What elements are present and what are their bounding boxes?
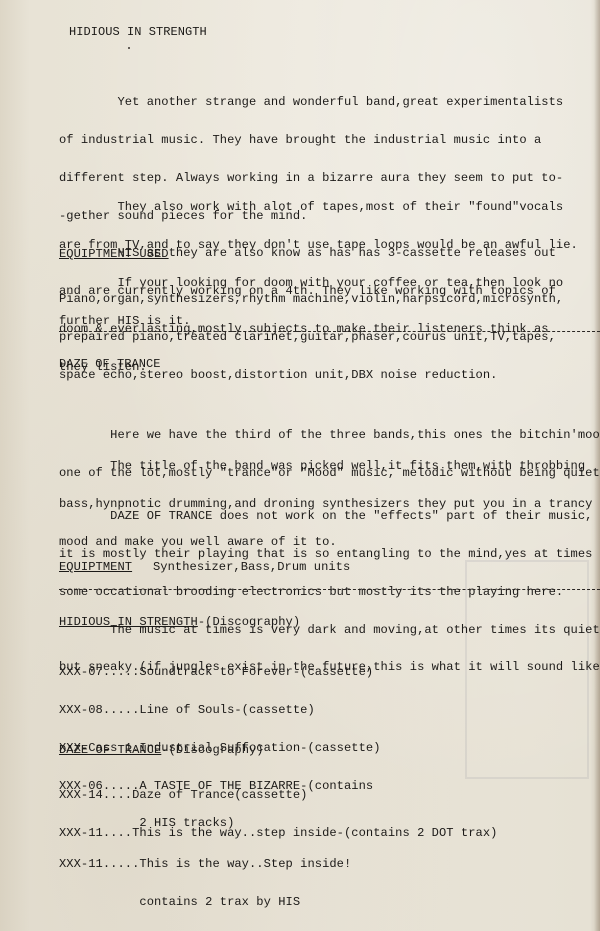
dot-discography-heading: DAZE OF TRANCE-(Discography) bbox=[59, 744, 264, 757]
section-title-his: HIDIOUS IN STRENGTH bbox=[69, 26, 207, 39]
section-title-dot: DAZE OF TRANCE bbox=[59, 358, 161, 371]
text-line: They also work with alot of tapes,most o… bbox=[59, 201, 578, 214]
zine-page: HIDIOUS IN STRENGTH Yet another strange … bbox=[0, 0, 600, 931]
text-line: Piano,organ,synthesizers,rhythm machine,… bbox=[59, 293, 563, 306]
text-line: The title of the band was picked well,it… bbox=[59, 460, 592, 473]
discography-entry: XXX-08.....Line of Souls-(cassette) bbox=[59, 704, 381, 717]
text-line: DAZE OF TRANCE does not work on the "eff… bbox=[59, 510, 600, 523]
divider-2 bbox=[59, 589, 600, 590]
discography-entry: XXX-14....Daze of Trance(cassette) bbox=[59, 789, 497, 802]
dot-discography-band: DAZE OF TRANCE bbox=[59, 743, 161, 757]
text-line: prepaired piano,treated clarinet,guitar,… bbox=[59, 331, 563, 344]
ink-speck bbox=[128, 47, 130, 49]
dot-discography-list: XXX-14....Daze of Trance(cassette) XXX-1… bbox=[59, 764, 497, 865]
text-line: it is mostly their playing that is so en… bbox=[59, 548, 600, 561]
text-line: of industrial music. They have brought t… bbox=[59, 134, 563, 147]
discography-entry: XXX-07.....Soundtrack to Forever-(casset… bbox=[59, 666, 381, 679]
discography-entry: XXX-11....This is the way..step inside-(… bbox=[59, 827, 497, 840]
his-discography-band: HIDIOUS IN STRENGTH bbox=[59, 615, 198, 629]
dot-discography-suffix: -(Discography) bbox=[161, 743, 263, 757]
his-equipment-label: EQUIPTMENT USED bbox=[59, 248, 169, 261]
text-line: Yet another strange and wonderful band,g… bbox=[59, 96, 563, 109]
dot-equipment-label: EQUIPTMENT bbox=[59, 561, 132, 574]
dot-equipment-value: Synthesizer,Bass,Drum units bbox=[153, 561, 350, 574]
his-discography-suffix: -(Discography) bbox=[198, 615, 300, 629]
discography-entry: contains 2 trax by HIS bbox=[59, 896, 381, 909]
his-discography-heading: HIDIOUS IN STRENGTH-(Discography) bbox=[59, 616, 300, 629]
divider-1 bbox=[59, 331, 600, 332]
his-equipment-list: Piano,organ,synthesizers,rhythm machine,… bbox=[59, 268, 563, 407]
text-line: some occational brooding electronics but… bbox=[59, 586, 600, 599]
